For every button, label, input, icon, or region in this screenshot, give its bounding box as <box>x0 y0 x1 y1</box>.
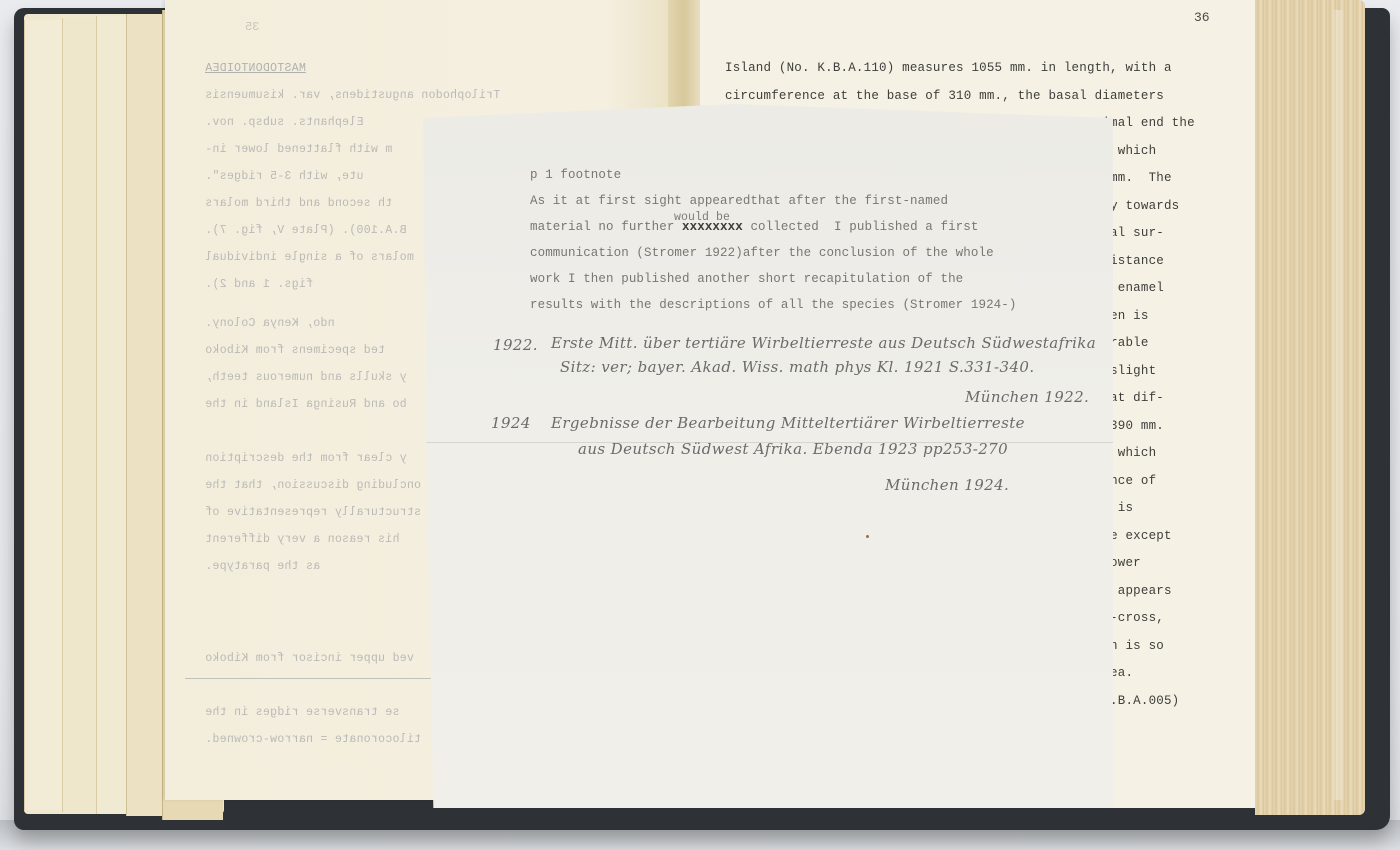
photo-scene: 35 MASTODONTOIDEA Trilophodon angustiden… <box>0 0 1400 850</box>
handwritten-ref-2-line-3: München 1924. <box>885 476 1009 494</box>
page-leaf <box>24 20 65 810</box>
handwritten-ref-1-line-2: Sitz: ver; bayer. Akad. Wiss. math phys … <box>560 358 1035 376</box>
footnote-slip: p 1 footnote As it at first sight appear… <box>423 104 1113 808</box>
right-page-stack <box>1255 0 1365 815</box>
page-leaf <box>96 16 129 814</box>
handwritten-year-1922: 1922. <box>493 336 538 354</box>
page-leaf <box>62 18 99 812</box>
page-number: 36 <box>1194 10 1210 25</box>
slip-heading: p 1 footnote <box>530 168 621 182</box>
inserted-words: would be <box>674 205 730 231</box>
page-leaf <box>126 14 167 816</box>
handwritten-ref-1-line-3: München 1922. <box>965 388 1089 406</box>
paper-spot <box>866 535 869 538</box>
handwritten-ref-2-line-2: aus Deutsch Südwest Afrika. Ebenda 1923 … <box>578 440 1008 458</box>
left-page-number: 35 <box>245 20 259 34</box>
handwritten-ref-2-line-1: Ergebnisse der Bearbeitung Mitteltertiär… <box>551 414 1025 432</box>
handwritten-ref-1-line-1: Erste Mitt. über tertiäre Wirbeltierrest… <box>551 334 1096 352</box>
slip-typed-text: p 1 footnote As it at first sight appear… <box>530 162 1016 318</box>
handwritten-year-1924: 1924 <box>491 414 531 432</box>
